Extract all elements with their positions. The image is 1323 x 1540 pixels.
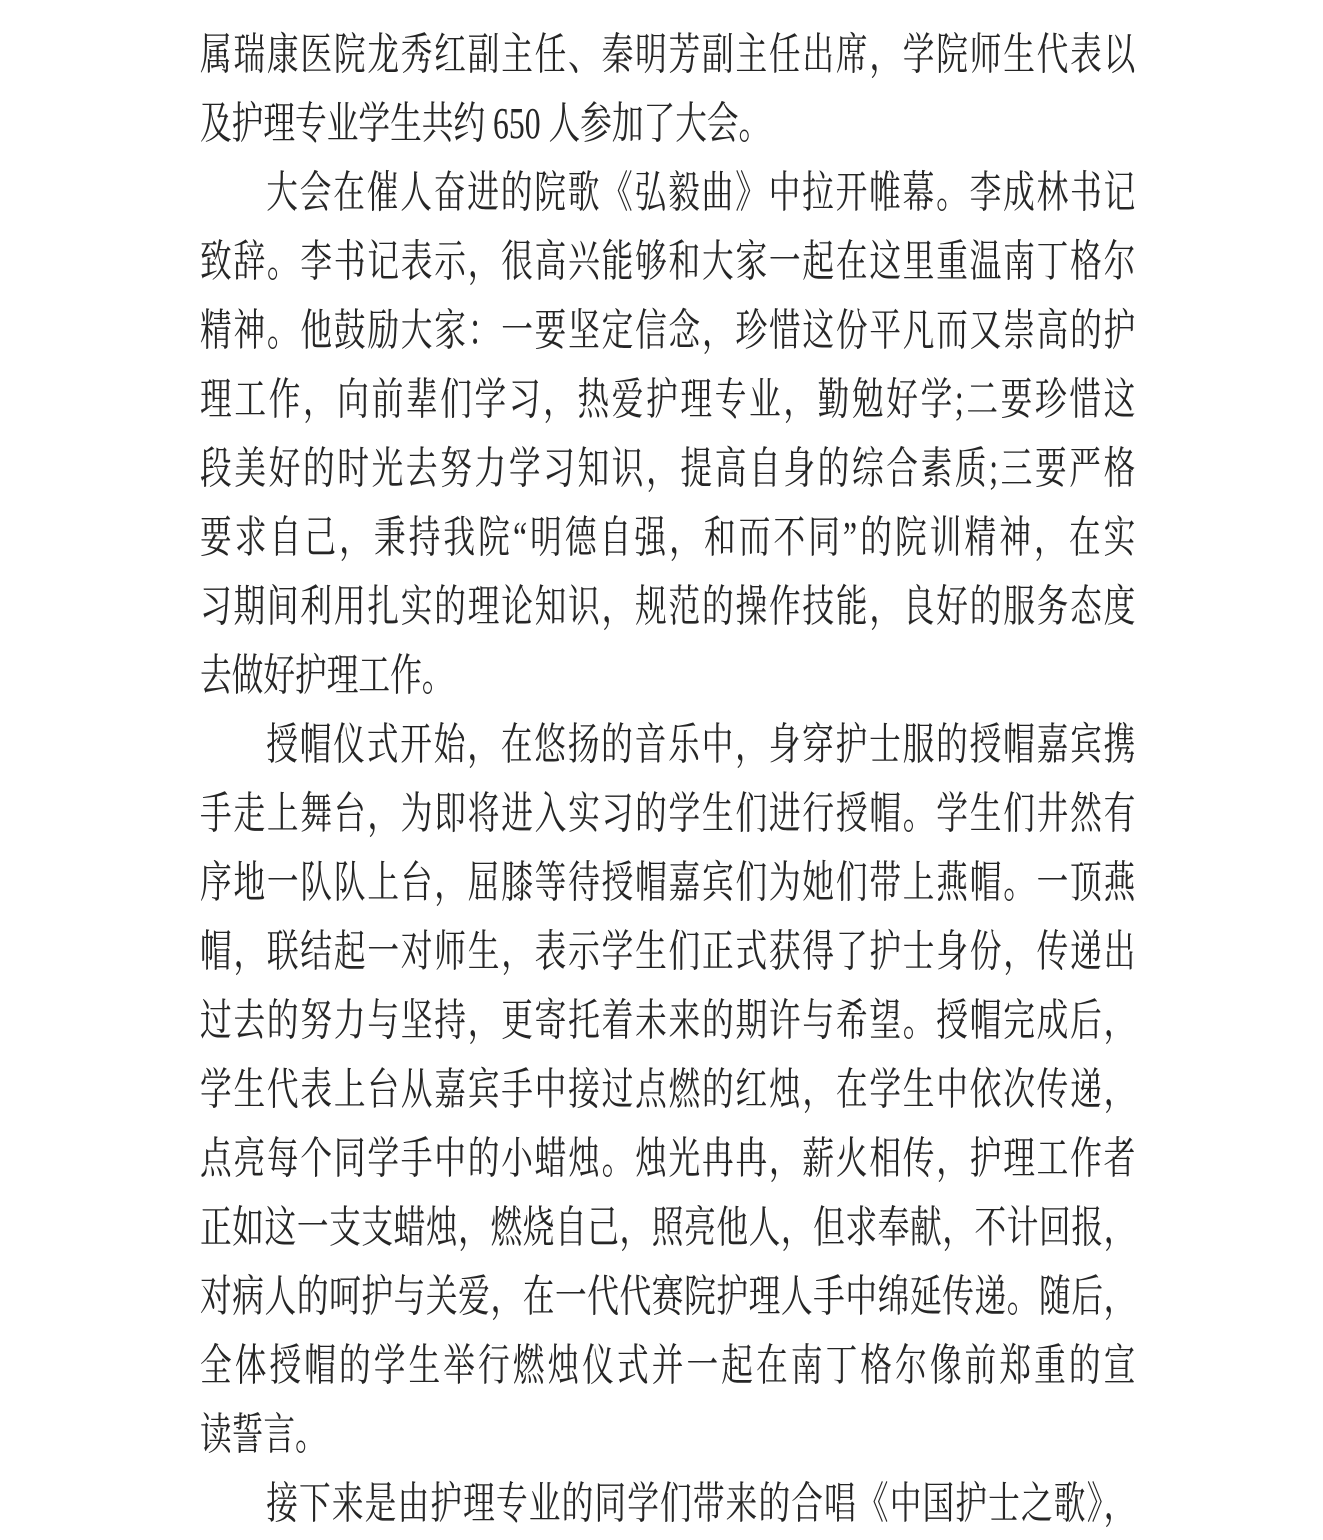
- line-row: 精神。他鼓励大家：一要坚定信念，珍惜这份平凡而又崇高的护: [200, 296, 1136, 365]
- text-line: 对病人的呵护与关爱，在一代代赛院护理人手中绵延传递。随后，: [200, 1262, 1135, 1331]
- text-line: 精神。他鼓励大家：一要坚定信念，珍惜这份平凡而又崇高的护: [200, 296, 1135, 365]
- text-line: 授帽仪式开始，在悠扬的音乐中，身穿护士服的授帽嘉宾携: [200, 710, 1135, 779]
- line-row: 及护理专业学生共约 650 人参加了大会。: [200, 89, 1136, 158]
- line-row: 学生代表上台从嘉宾手中接过点燃的红烛，在学生中依次传递，: [200, 1055, 1136, 1124]
- text-line: 属瑞康医院龙秀红副主任、秦明芳副主任出席，学院师生代表以: [200, 20, 1135, 89]
- text-line: 及护理专业学生共约 650 人参加了大会。: [200, 89, 1135, 158]
- line-row: 全体授帽的学生举行燃烛仪式并一起在南丁格尔像前郑重的宣: [200, 1331, 1136, 1400]
- text-line: 要求自己，秉持我院“明德自强，和而不同”的院训精神，在实: [200, 503, 1135, 572]
- text-line: 手走上舞台，为即将进入实习的学生们进行授帽。学生们井然有: [200, 779, 1135, 848]
- line-row: 理工作，向前辈们学习，热爱护理专业，勤勉好学;二要珍惜这: [200, 365, 1136, 434]
- line-row: 要求自己，秉持我院“明德自强，和而不同”的院训精神，在实: [200, 503, 1136, 572]
- text-line: 读誓言。: [200, 1400, 1135, 1469]
- text-line: 过去的努力与坚持，更寄托着未来的期许与希望。授帽完成后，: [200, 986, 1135, 1055]
- line-row: 过去的努力与坚持，更寄托着未来的期许与希望。授帽完成后，: [200, 986, 1136, 1055]
- text-line: 段美好的时光去努力学习知识，提高自身的综合素质;三要严格: [200, 434, 1135, 503]
- text-line: 习期间利用扎实的理论知识，规范的操作技能，良好的服务态度: [200, 572, 1135, 641]
- text-line: 全体授帽的学生举行燃烛仪式并一起在南丁格尔像前郑重的宣: [200, 1331, 1135, 1400]
- line-row: 致辞。李书记表示，很高兴能够和大家一起在这里重温南丁格尔: [200, 227, 1136, 296]
- line-row: 接下来是由护理专业的同学们带来的合唱《中国护士之歌》，: [200, 1469, 1136, 1538]
- line-row: 大会在催人奋进的院歌《弘毅曲》中拉开帷幕。李成林书记: [200, 158, 1136, 227]
- text-line: 接下来是由护理专业的同学们带来的合唱《中国护士之歌》，: [200, 1469, 1135, 1538]
- text-line: 正如这一支支蜡烛，燃烧自己，照亮他人，但求奉献，不计回报，: [200, 1193, 1135, 1262]
- line-row: 对病人的呵护与关爱，在一代代赛院护理人手中绵延传递。随后，: [200, 1262, 1136, 1331]
- document-page: 属瑞康医院龙秀红副主任、秦明芳副主任出席，学院师生代表以及护理专业学生共约 65…: [0, 0, 1323, 1540]
- line-row: 去做好护理工作。: [200, 641, 1136, 710]
- line-row: 段美好的时光去努力学习知识，提高自身的综合素质;三要严格: [200, 434, 1136, 503]
- text-line: 致辞。李书记表示，很高兴能够和大家一起在这里重温南丁格尔: [200, 227, 1135, 296]
- text-block: 属瑞康医院龙秀红副主任、秦明芳副主任出席，学院师生代表以及护理专业学生共约 65…: [200, 20, 1136, 1538]
- line-row: 帽，联结起一对师生，表示学生们正式获得了护士身份，传递出: [200, 917, 1136, 986]
- line-row: 授帽仪式开始，在悠扬的音乐中，身穿护士服的授帽嘉宾携: [200, 710, 1136, 779]
- line-row: 正如这一支支蜡烛，燃烧自己，照亮他人，但求奉献，不计回报，: [200, 1193, 1136, 1262]
- line-row: 习期间利用扎实的理论知识，规范的操作技能，良好的服务态度: [200, 572, 1136, 641]
- line-row: 读誓言。: [200, 1400, 1136, 1469]
- text-line: 学生代表上台从嘉宾手中接过点燃的红烛，在学生中依次传递，: [200, 1055, 1135, 1124]
- line-row: 序地一队队上台，屈膝等待授帽嘉宾们为她们带上燕帽。一顶燕: [200, 848, 1136, 917]
- line-row: 属瑞康医院龙秀红副主任、秦明芳副主任出席，学院师生代表以: [200, 20, 1136, 89]
- text-line: 去做好护理工作。: [200, 641, 1135, 710]
- text-line: 点亮每个同学手中的小蜡烛。烛光冉冉，薪火相传，护理工作者: [200, 1124, 1135, 1193]
- text-line: 理工作，向前辈们学习，热爱护理专业，勤勉好学;二要珍惜这: [200, 365, 1135, 434]
- line-row: 点亮每个同学手中的小蜡烛。烛光冉冉，薪火相传，护理工作者: [200, 1124, 1136, 1193]
- text-line: 大会在催人奋进的院歌《弘毅曲》中拉开帷幕。李成林书记: [200, 158, 1135, 227]
- text-line: 帽，联结起一对师生，表示学生们正式获得了护士身份，传递出: [200, 917, 1135, 986]
- text-line: 序地一队队上台，屈膝等待授帽嘉宾们为她们带上燕帽。一顶燕: [200, 848, 1135, 917]
- line-row: 手走上舞台，为即将进入实习的学生们进行授帽。学生们井然有: [200, 779, 1136, 848]
